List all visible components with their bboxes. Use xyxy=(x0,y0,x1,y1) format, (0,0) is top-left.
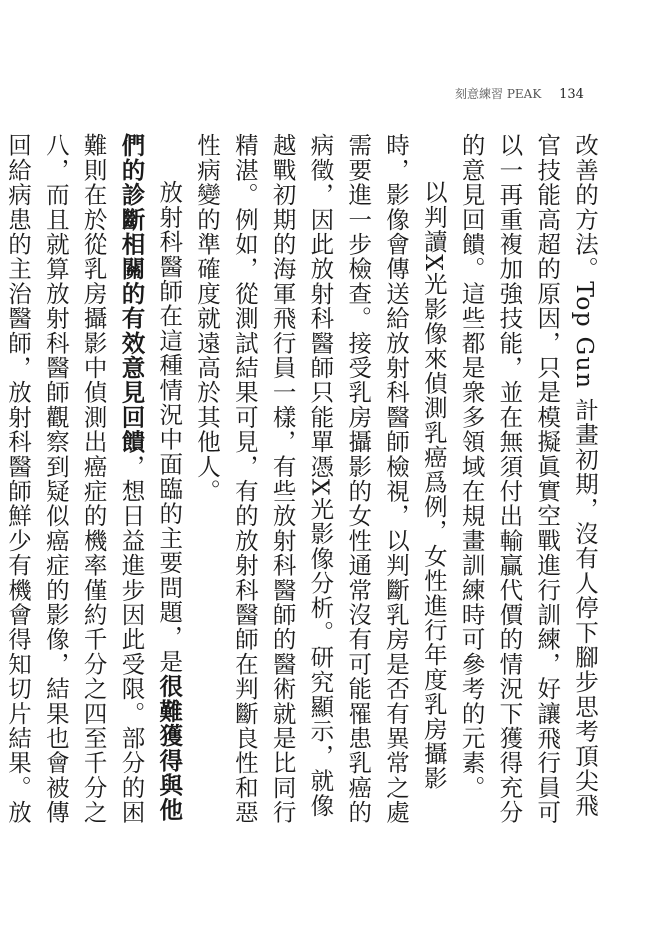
paragraph-text: 放射科醫師在這種情況中面臨的主要問題，是 xyxy=(155,180,183,674)
page-body: 改善的方法。Top Gun 計畫初期，沒有人停下腳步思考頂尖飛官技能高超的原因，… xyxy=(0,133,603,833)
paragraph-3: 放射科醫師在這種情況中面臨的主要問題，是很難獲得與他們的診斷相關的有效意見回饋，… xyxy=(0,133,187,833)
page-number: 134 xyxy=(559,87,584,102)
paragraph-1: 改善的方法。Top Gun 計畫初期，沒有人停下腳步思考頂尖飛官技能高超的原因，… xyxy=(452,133,603,833)
paragraph-text: 改善的方法。Top Gun 計畫初期，沒有人停下腳步思考頂尖飛官技能高超的原因，… xyxy=(458,133,599,825)
running-header: 刻意練習 PEAK 134 xyxy=(455,85,584,102)
book-title: 刻意練習 PEAK xyxy=(455,85,541,102)
paragraph-text: 以判讀X光影像來偵測乳癌爲例，女性進行年度乳房攝影時，影像會傳送給放射科醫師檢視… xyxy=(193,133,448,825)
paragraph-2: 以判讀X光影像來偵測乳癌爲例，女性進行年度乳房攝影時，影像會傳送給放射科醫師檢視… xyxy=(187,133,452,833)
